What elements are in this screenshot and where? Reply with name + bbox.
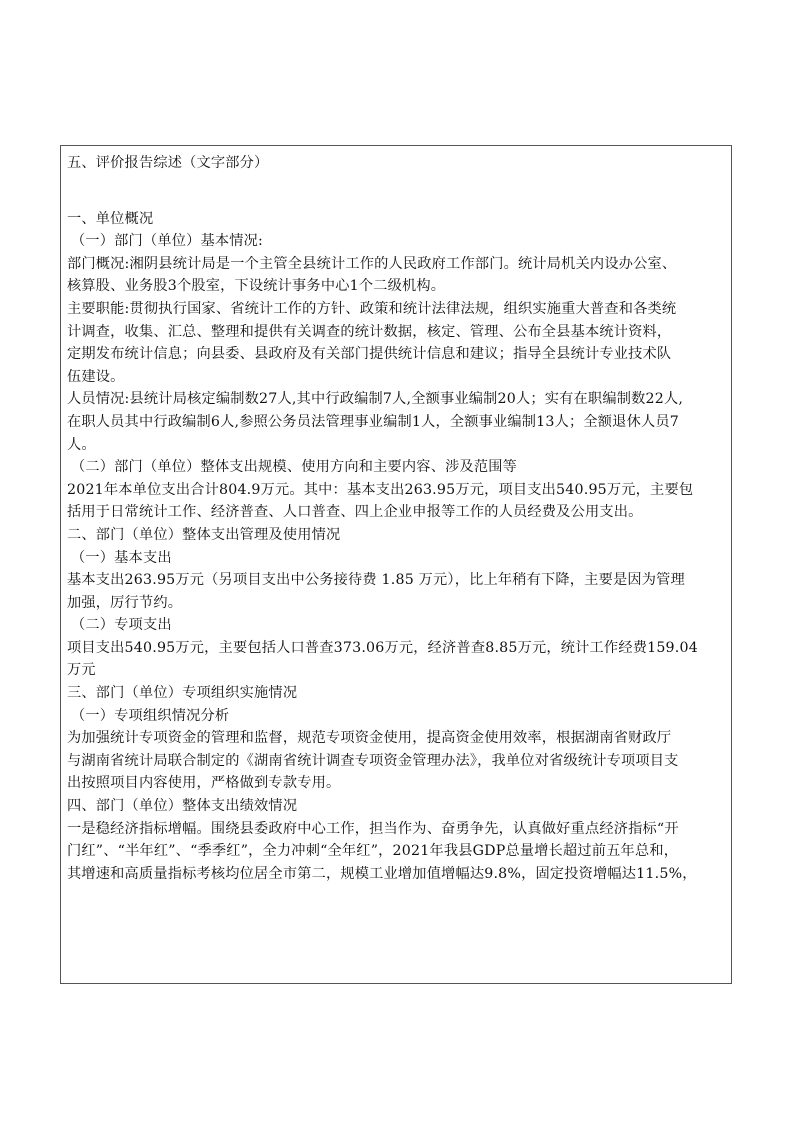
text-line: 加强，厉行节约。 (67, 592, 725, 615)
text-line: 万元 (67, 659, 725, 682)
heading-performance: 四、部门（单位）整体支出绩效情况 (67, 795, 725, 818)
text-line: 人。 (67, 434, 725, 457)
text-line: 一是稳经济指标增幅。围绕县委政府中心工作，担当作为、奋勇争先，认真做好重点经济指… (67, 818, 725, 841)
text-line: 伍建设。 (67, 366, 725, 389)
section-title: 五、评价报告综述（文字部分） (67, 152, 725, 175)
report-summary-box: 五、评价报告综述（文字部分） 一、单位概况 （一）部门（单位）基本情况: 部门概… (60, 145, 732, 984)
text-line: 计调查，收集、汇总、整理和提供有关调查的统计数据，核定、管理、公布全县基本统计资… (67, 321, 725, 344)
text-line: 人员情况:县统计局核定编制数27人,其中行政编制7人,全额事业编制20人；实有在… (67, 388, 725, 411)
heading-expenditure-management: 二、部门（单位）整体支出管理及使用情况 (67, 524, 725, 547)
text-line: 为加强统计专项资金的管理和监督，规范专项资金使用，提高资金使用效率，根据湖南省财… (67, 727, 725, 750)
text-line: 其增速和高质量指标考核均位居全市第二，规模工业增加值增幅达9.8%，固定投资增幅… (67, 863, 725, 886)
subheading-expenditure-scale: （二）部门（单位）整体支出规模、使用方向和主要内容、涉及范围等 (67, 456, 725, 479)
text-line: 部门概况:湘阴县统计局是一个主管全县统计工作的人民政府工作部门。统计局机关内设办… (67, 253, 725, 276)
text-line: 与湖南省统计局联合制定的《湖南省统计调查专项资金管理办法》，我单位对省级统计专项… (67, 750, 725, 773)
text-line: 项目支出540.95万元，主要包括人口普查373.06万元，经济普查8.85万元… (67, 637, 725, 660)
text-line: 门红”、“半年红”、“季季红”，全力冲刺“全年红”，2021年我县GDP总量增长… (67, 840, 725, 863)
text-line: 定期发布统计信息；向县委、县政府及有关部门提供统计信息和建议；指导全县统计专业技… (67, 343, 725, 366)
heading-special-implementation: 三、部门（单位）专项组织实施情况 (67, 682, 725, 705)
report-content: 五、评价报告综述（文字部分） 一、单位概况 （一）部门（单位）基本情况: 部门概… (67, 152, 725, 885)
text-line: 在职人员其中行政编制6人,参照公务员法管理事业编制1人，全额事业编制13人；全额… (67, 411, 725, 434)
text-line: 2021年本单位支出合计804.9万元。其中：基本支出263.95万元，项目支出… (67, 479, 725, 502)
spacer (67, 175, 725, 208)
text-line: 核算股、业务股3个股室，下设统计事务中心1个二级机构。 (67, 275, 725, 298)
text-line: 主要职能:贯彻执行国家、省统计工作的方针、政策和统计法律法规，组织实施重大普查和… (67, 298, 725, 321)
subheading-special-analysis: （一）专项组织情况分析 (67, 705, 725, 728)
subheading-special-expenditure: （二）专项支出 (67, 614, 725, 637)
subheading-basic-info: （一）部门（单位）基本情况: (67, 230, 725, 253)
text-line: 括用于日常统计工作、经济普查、人口普查、四上企业申报等工作的人员经费及公用支出。 (67, 501, 725, 524)
text-line: 基本支出263.95万元（另项目支出中公务接待费 1.85 万元），比上年稍有下… (67, 569, 725, 592)
text-line: 出按照项目内容使用，严格做到专款专用。 (67, 772, 725, 795)
subheading-basic-expenditure: （一）基本支出 (67, 547, 725, 570)
heading-unit-overview: 一、单位概况 (67, 208, 725, 231)
